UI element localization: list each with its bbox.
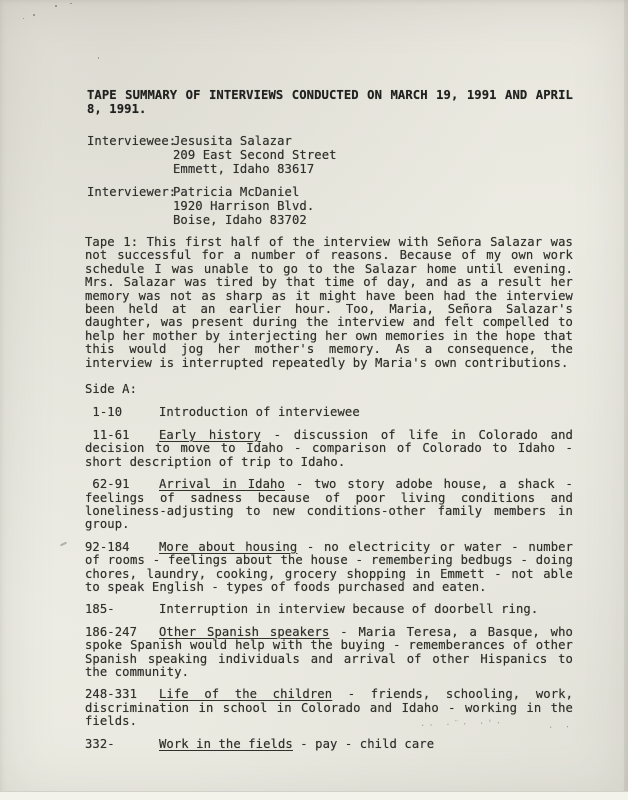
pencil-smudge: · ·: [548, 723, 574, 734]
tape1-summary-paragraph: Tape 1: This first half of the interview…: [85, 236, 573, 370]
entry-topic: Other Spanish speakers: [159, 625, 329, 639]
scan-speck: [55, 5, 57, 7]
entry-topic: Work in the fields: [159, 737, 293, 751]
interviewee-block: Interviewee: Jesusita Salazar 209 East S…: [87, 134, 573, 176]
tape-counter-range: 1-10: [85, 406, 159, 419]
side-a-entry: 332-Work in the fields - pay - child car…: [85, 738, 573, 751]
interviewee-label: Interviewee:: [87, 134, 173, 176]
tape-counter-range: 11-61: [85, 429, 159, 442]
interviewer-details: Patricia McDaniel 1920 Harrison Blvd. Bo…: [173, 185, 314, 227]
entry-topic: Life of the children: [159, 687, 332, 701]
side-a-entry: 1-10Introduction of interviewee: [85, 406, 573, 419]
interviewee-city: Emmett, Idaho 83617: [173, 162, 337, 176]
side-a-entries: 1-10Introduction of interviewee 11-61Ear…: [85, 406, 573, 751]
tape-counter-range: 248-331: [85, 688, 159, 701]
side-a-heading: Side A:: [85, 383, 573, 396]
side-a-entry: 92-184More about housing - no electricit…: [85, 541, 573, 595]
entry-topic: More about housing: [159, 540, 297, 554]
scan-bottom-edge: [0, 791, 628, 800]
scanned-document-page: TAPE SUMMARY OF INTERVIEWS CONDUCTED ON …: [0, 0, 628, 800]
interviewer-city: Boise, Idaho 83702: [173, 213, 314, 227]
entry-description: - pay - child care: [293, 737, 434, 751]
interviewer-street: 1920 Harrison Blvd.: [173, 199, 314, 213]
side-a-entry: 11-61Early history - discussion of life …: [85, 429, 573, 469]
side-a-entry: 185-Interruption in interview because of…: [85, 603, 573, 616]
interviewer-label: Interviewer:: [87, 185, 173, 227]
interviewer-name: Patricia McDaniel: [173, 185, 314, 199]
scan-speck: [70, 3, 72, 4]
side-a-entry: 186-247Other Spanish speakers - Maria Te…: [85, 626, 573, 680]
scan-speck: [33, 14, 35, 16]
scan-speck: [98, 57, 99, 59]
tape-counter-range: 185-: [85, 603, 159, 616]
document-content: TAPE SUMMARY OF INTERVIEWS CONDUCTED ON …: [0, 0, 628, 751]
interviewer-block: Interviewer: Patricia McDaniel 1920 Harr…: [87, 185, 573, 227]
scan-right-edge: [624, 0, 628, 800]
entry-topic: Arrival in Idaho: [159, 477, 285, 491]
entry-topic: Early history: [159, 428, 261, 442]
interviewee-details: Jesusita Salazar 209 East Second Street …: [173, 134, 337, 176]
interviewee-name: Jesusita Salazar: [173, 134, 337, 148]
side-a-entry: 62-91Arrival in Idaho - two story adobe …: [85, 478, 573, 532]
entry-description: Introduction of interviewee: [159, 405, 360, 419]
tape-counter-range: 332-: [85, 738, 159, 751]
tape-counter-range: 92-184: [85, 541, 159, 554]
interviewee-street: 209 East Second Street: [173, 148, 337, 162]
entry-description: Interruption in interview because of doo…: [159, 602, 538, 616]
tape-counter-range: 186-247: [85, 626, 159, 639]
document-title: TAPE SUMMARY OF INTERVIEWS CONDUCTED ON …: [87, 88, 573, 116]
scan-speck: [23, 18, 24, 19]
tape-counter-range: 62-91: [85, 478, 159, 491]
